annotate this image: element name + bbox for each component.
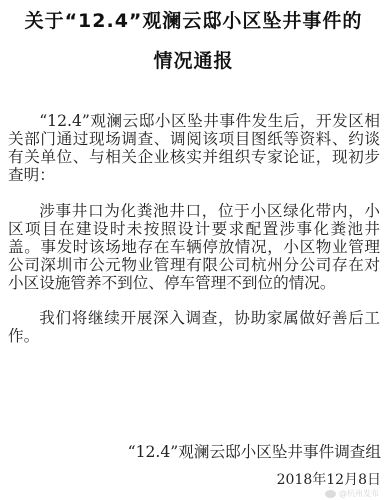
- document-title-line-2: 情况通报: [0, 46, 387, 73]
- watermark-text: @杭州发布: [339, 488, 379, 499]
- paragraph-next-steps: 我们将继续开展深入调查，协助家属做好善后工作。: [8, 309, 380, 345]
- weibo-icon: [325, 490, 336, 498]
- signature-issuer: “12.4”观澜云邸小区坠井事件调查组: [128, 440, 381, 462]
- issue-date: 2018年12月8日: [277, 469, 381, 489]
- document-title-line-1: 关于“12.4”观澜云邸小区坠井事件的: [0, 6, 387, 33]
- paragraph-findings-intro: “12.4”观澜云邸小区坠井事件发生后，开发区相关部门通过现场调查、调阅该项目图…: [8, 112, 380, 184]
- watermark: @杭州发布: [325, 488, 379, 499]
- paragraph-findings-detail: 涉事井口为化粪池井口，位于小区绿化带内，小区项目在建设时未按照设计要求配置涉事化…: [8, 202, 380, 292]
